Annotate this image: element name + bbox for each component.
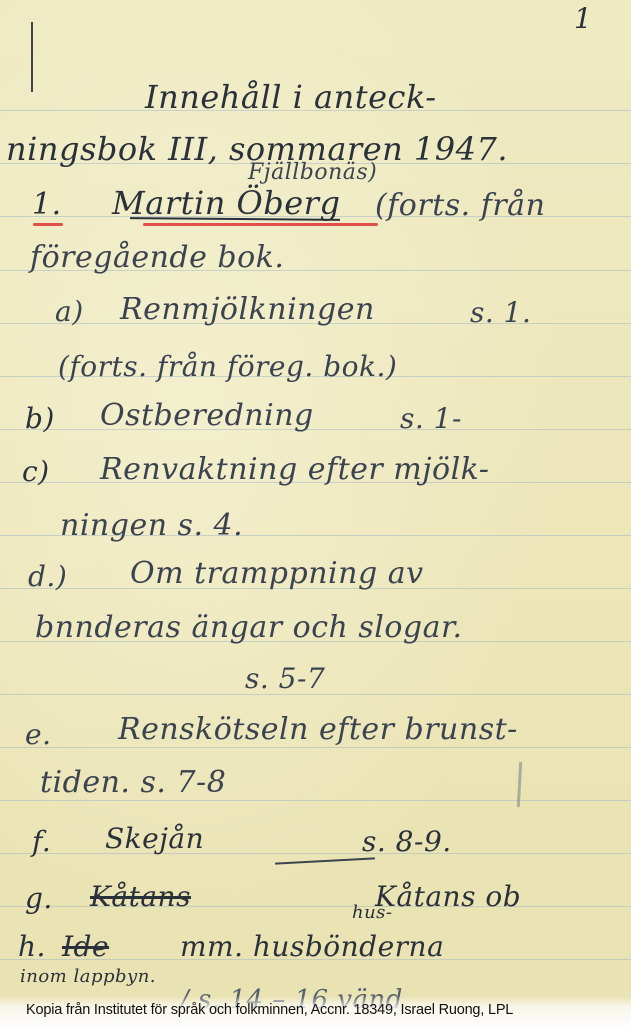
item-e-text: Renskötseln efter brunst-: [118, 712, 518, 747]
item-b-page: s. 1-: [400, 402, 462, 435]
continuation-note: (forts. från: [375, 188, 545, 223]
number-red-underline: [33, 223, 63, 226]
item-f-text: Skejån: [105, 822, 204, 855]
item-g-text: Kåtans ob: [375, 880, 521, 913]
item-g-struck-text: Kåtans: [90, 880, 191, 913]
item-a-page: s. 1.: [470, 296, 531, 329]
item-h-label: h.: [18, 930, 46, 963]
page-number: 1: [574, 2, 592, 35]
item-d-text: Om tramppning av: [130, 556, 424, 591]
item-c-label: c): [22, 455, 50, 488]
place-annotation: Fjällbonäs): [248, 160, 377, 185]
item-h-insertion: hus-: [352, 902, 393, 923]
entry-number: 1.: [32, 187, 62, 222]
item-d-page: s. 5-7: [245, 662, 325, 695]
item-h-struck-text: Ide: [62, 930, 109, 963]
item-f-label: f.: [32, 825, 51, 858]
item-h-text: mm. husbönderna: [180, 930, 444, 963]
item-h-continuation: inom lappbyn.: [20, 966, 156, 987]
item-g-label: g.: [25, 882, 53, 915]
item-e-continuation: tiden. s. 7-8: [40, 765, 226, 800]
item-f-page: s. 8-9.: [362, 825, 452, 858]
name-red-underline: [143, 223, 378, 226]
item-c-text: Renvaktning efter mjölk-: [100, 452, 489, 487]
item-d-continuation: bnnderas ängar och slogar.: [35, 610, 463, 645]
item-d-label: d.): [28, 560, 67, 593]
item-a-text: Renmjölkningen: [120, 292, 375, 327]
notebook-page: 1 Innehåll i anteck- ningsbok III, somma…: [0, 0, 631, 1025]
item-e-label: e.: [25, 718, 51, 751]
item-b-text: Ostberedning: [100, 398, 314, 433]
ruled-line: [0, 429, 631, 430]
margin-bar: [31, 22, 33, 92]
item-c-continuation: ningen s. 4.: [60, 508, 243, 543]
ruled-line: [0, 853, 631, 854]
insertion-line: [275, 857, 375, 864]
title-line-1: Innehåll i anteck-: [145, 78, 437, 116]
item-a-sub: (forts. från föreg. bok.): [58, 350, 397, 383]
item-a-label: a): [55, 295, 84, 328]
archive-credit: Kopia från Institutet för språk och folk…: [26, 1002, 513, 1018]
ruled-line: [0, 747, 631, 748]
item-b-label: b): [25, 402, 55, 435]
continuation-note-2: föregående bok.: [30, 240, 284, 275]
ruled-line: [0, 800, 631, 801]
